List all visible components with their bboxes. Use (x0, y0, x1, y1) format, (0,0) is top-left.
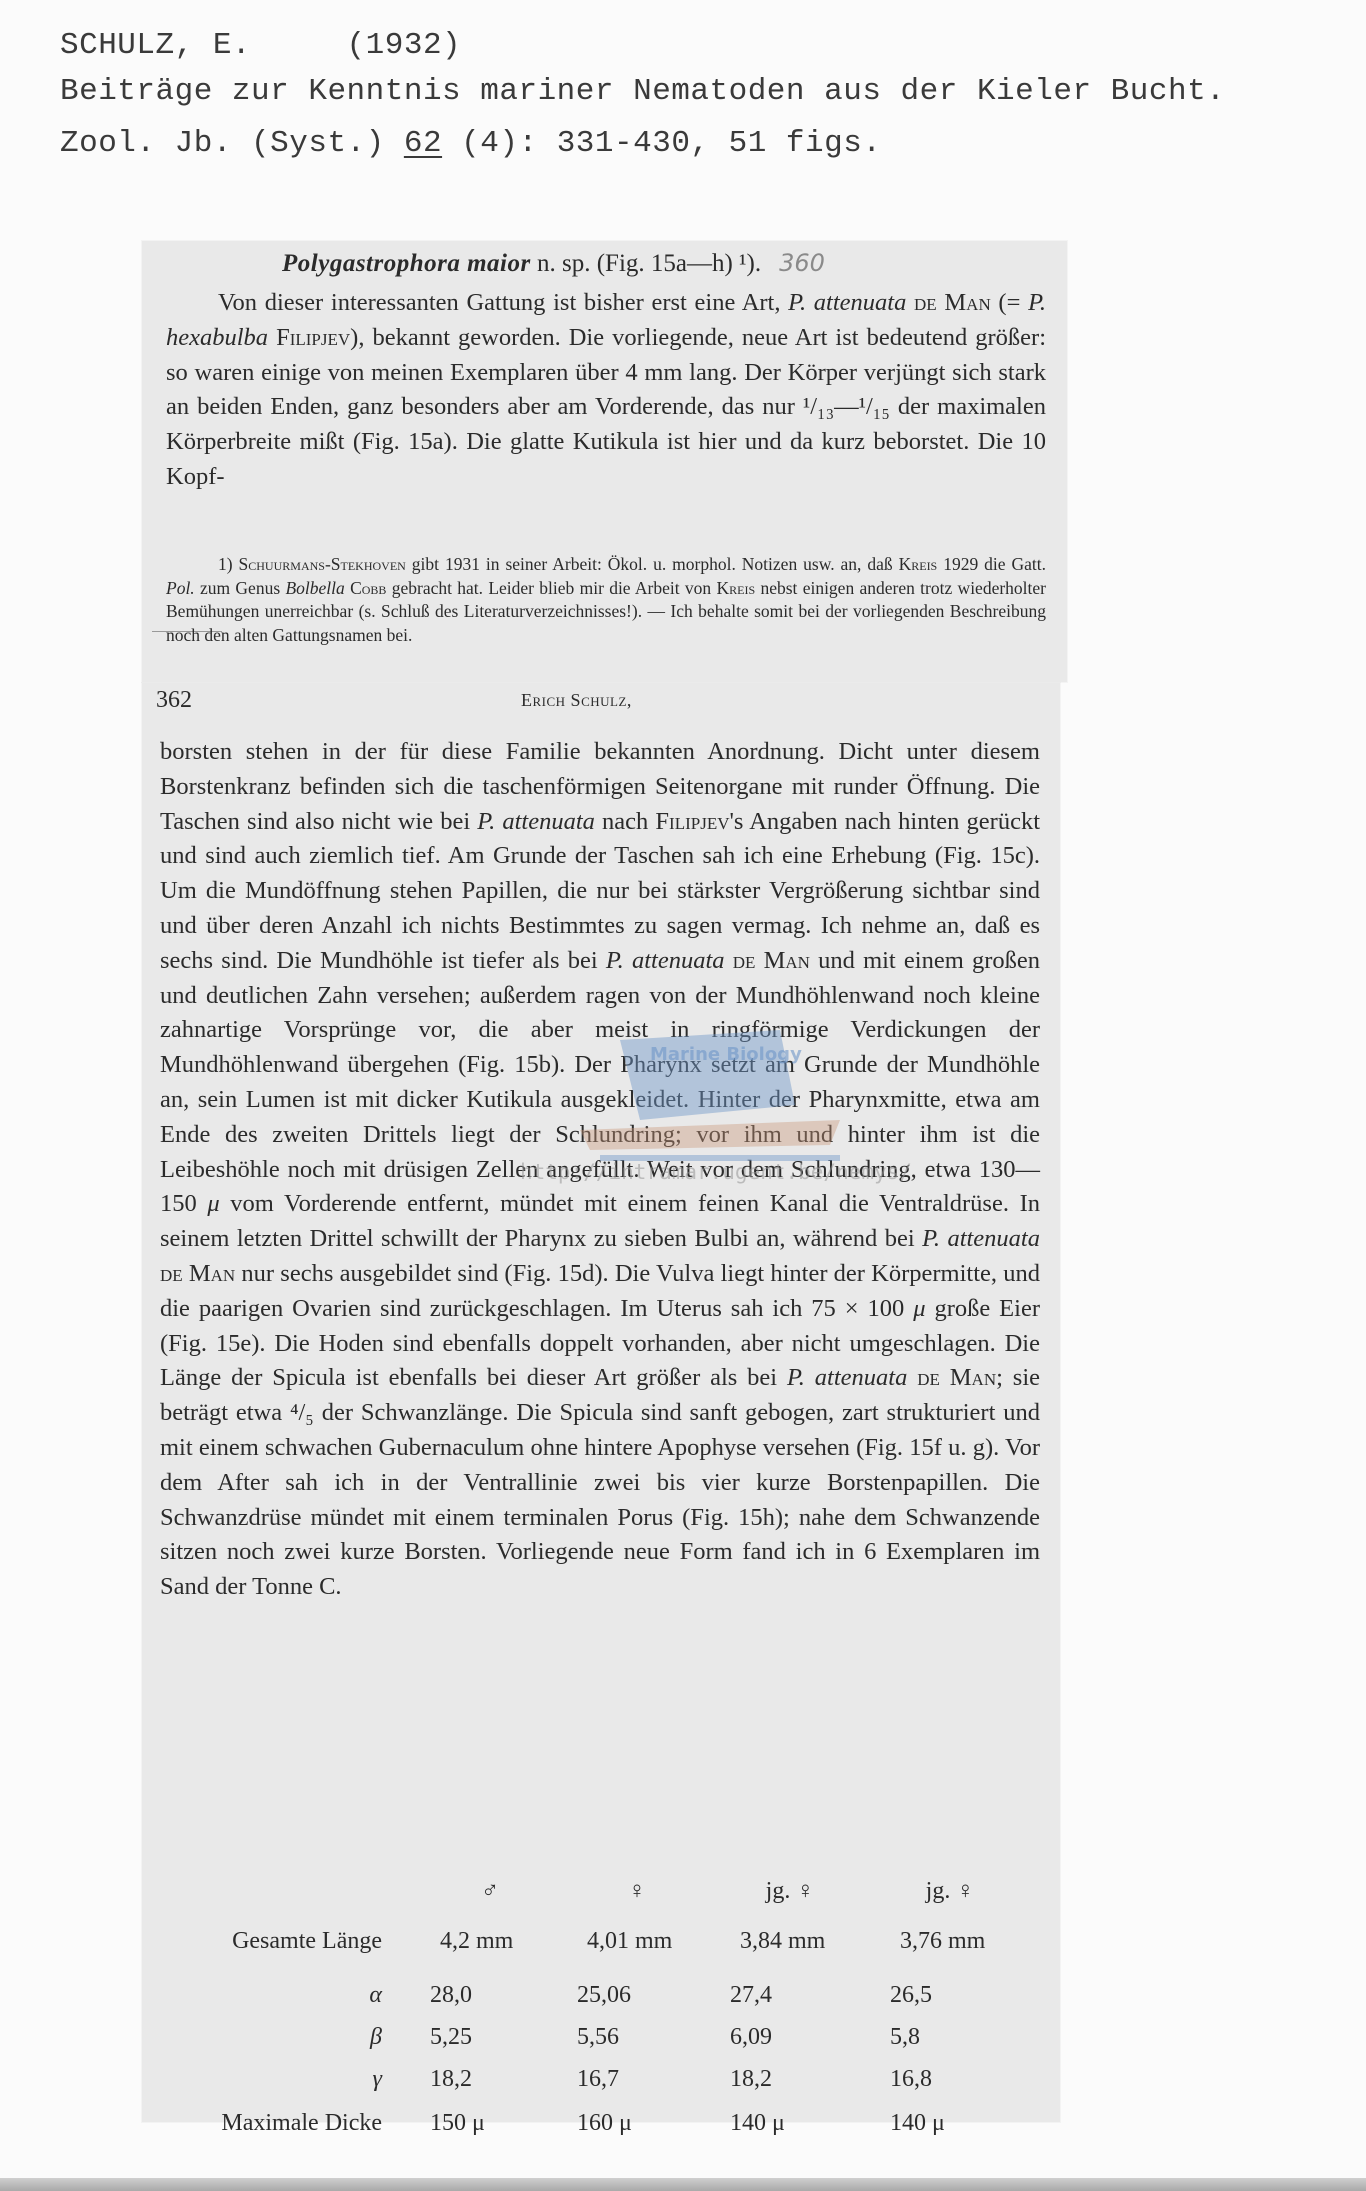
issue-pages: (4): 331-430, 51 figs. (442, 126, 881, 161)
column-header: ♂ (420, 1878, 560, 1905)
measurements-header-row: ♂♀jg. ♀jg. ♀ (142, 1878, 1060, 1912)
species-suffix: n. sp. (Fig. 15a—h) ¹). (531, 250, 761, 277)
row-label: Maximale Dicke (142, 2110, 382, 2137)
measurement-value: 160 μ (577, 2110, 632, 2137)
species-heading: Polygastrophora maior n. sp. (Fig. 15a—h… (282, 249, 825, 278)
measurement-value: 150 μ (430, 2110, 485, 2137)
measurement-value: 140 μ (890, 2110, 945, 2137)
measurement-value: 4,01 mm (587, 1928, 672, 1955)
reference-journal: Zool. Jb. (Syst.) 62 (4): 331-430, 51 fi… (60, 128, 881, 159)
row-label: α (142, 1982, 382, 2009)
measurement-value: 26,5 (890, 1982, 932, 2009)
column-header: jg. ♀ (720, 1878, 860, 1905)
measurement-value: 27,4 (730, 1982, 772, 2009)
measurement-value: 6,09 (730, 2024, 772, 2051)
description-paragraph-1: Von dieser interessanten Gattung ist bis… (166, 286, 1046, 495)
species-name: Polygastrophora maior (282, 250, 531, 277)
measurement-value: 140 μ (730, 2110, 785, 2137)
measurement-value: 18,2 (730, 2066, 772, 2093)
row-label: Gesamte Länge (142, 1928, 382, 1955)
measurement-value: 3,84 mm (740, 1928, 825, 1955)
watermark-url: http://intramar.ugent.be/nemys/ (520, 1160, 912, 1184)
measurement-value: 16,7 (577, 2066, 619, 2093)
column-header: jg. ♀ (880, 1878, 1020, 1905)
measurement-value: 4,2 mm (440, 1928, 513, 1955)
measurement-row: Gesamte Länge4,2 mm4,01 mm3,84 mm3,76 mm (142, 1928, 1060, 1962)
measurement-value: 18,2 (430, 2066, 472, 2093)
scanner-edge (0, 2178, 1366, 2191)
row-label: β (142, 2024, 382, 2051)
author: SCHULZ, E. (60, 28, 251, 63)
handwritten-page-note: 360 (779, 249, 825, 277)
reference-title: Beiträge zur Kenntnis mariner Nematoden … (60, 76, 1225, 107)
measurement-value: 25,06 (577, 1982, 631, 2009)
footnote: 1) Schuurmans-Stekhoven gibt 1931 in sei… (166, 553, 1046, 647)
measurement-value: 5,8 (890, 2024, 920, 2051)
measurement-row: Maximale Dicke150 μ160 μ140 μ140 μ (142, 2110, 1060, 2144)
column-header: ♀ (567, 1878, 707, 1905)
volume: 62 (404, 126, 442, 161)
measurement-value: 28,0 (430, 1982, 472, 2009)
measurement-value: 16,8 (890, 2066, 932, 2093)
reference-author-line: SCHULZ, E. (1932) (60, 30, 461, 61)
clipping-species-description: Polygastrophora maior n. sp. (Fig. 15a—h… (142, 241, 1067, 682)
year: (1932) (347, 28, 462, 63)
measurement-value: 3,76 mm (900, 1928, 985, 1955)
measurement-value: 5,25 (430, 2024, 472, 2051)
row-label: γ (142, 2066, 382, 2093)
page-number: 362 (156, 687, 192, 714)
running-author: Erich Schulz, (521, 690, 632, 711)
measurement-row: γ18,216,718,216,8 (142, 2066, 1060, 2100)
measurement-value: 5,56 (577, 2024, 619, 2051)
measurement-row: β5,255,566,095,8 (142, 2024, 1060, 2058)
clipping-continuation: 362 Erich Schulz, borsten stehen in der … (142, 683, 1060, 2122)
measurement-row: α28,025,0627,426,5 (142, 1982, 1060, 2016)
